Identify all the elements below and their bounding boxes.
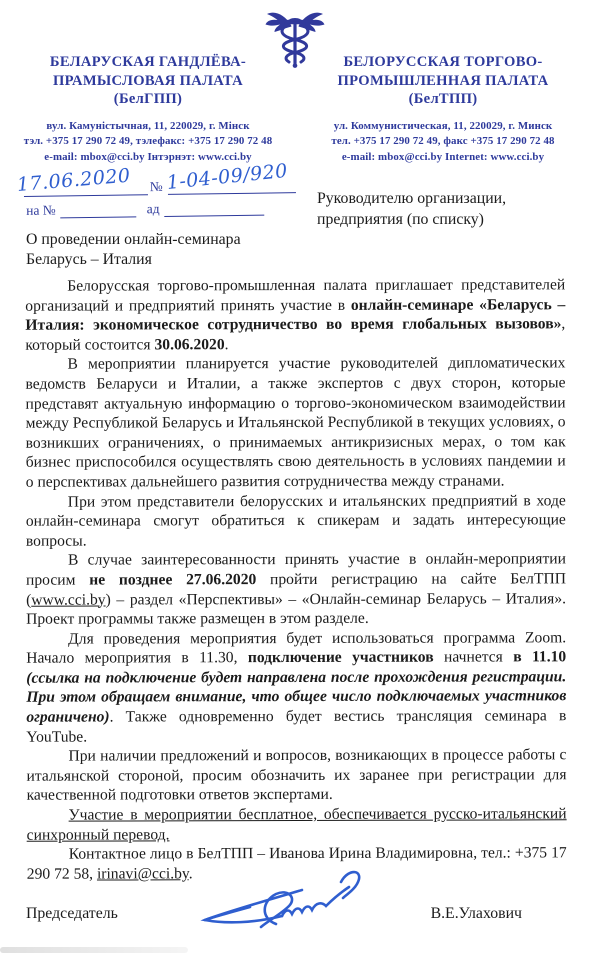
paragraph: Для проведения мероприятия будет использ…: [26, 628, 566, 747]
ad-line: [164, 197, 264, 217]
scanned-letter-page: БЕЛАРУСКАЯ ГАНДЛЁВА- ПРАМЫСЛОВАЯ ПАЛАТА …: [0, 0, 591, 955]
addressee: Руководителю организации, предприятия (п…: [317, 189, 506, 230]
text-run: не позднее 27.06.2020: [89, 571, 256, 588]
signer-name: В.Е.Улахович: [431, 905, 522, 923]
text-run: www.cci.by: [31, 591, 105, 608]
text-run: 30.06.2020: [154, 336, 224, 353]
letterhead: БЕЛАРУСКАЯ ГАНДЛЁВА- ПРАМЫСЛОВАЯ ПАЛАТА …: [12, 53, 579, 165]
text-run: Участие в мероприятии бесплатное, обеспе…: [27, 805, 567, 843]
org-phone: тэл. +375 17 290 72 49, тэлефакс: +375 1…: [12, 134, 284, 149]
date-line: 17.06.2020: [24, 176, 148, 197]
org-address: вул. Камуністычная, 11, 220029, г. Мінск: [12, 119, 284, 134]
org-name-line: ПРАМЫСЛОВАЯ ПАЛАТА: [12, 72, 284, 91]
subject: О проведении онлайн-семинара Беларусь – …: [26, 230, 241, 270]
addressee-line: Руководителю организации,: [317, 189, 506, 210]
reference-row-date: 17.06.2020 № 1-04-09/920: [24, 174, 302, 197]
ad-label: ад: [137, 201, 165, 217]
org-name-belarusian: БЕЛАРУСКАЯ ГАНДЛЁВА- ПРАМЫСЛОВАЯ ПАЛАТА …: [12, 53, 284, 109]
handwritten-date: 17.06.2020: [16, 165, 131, 196]
org-name-line: (БелТПП): [307, 90, 579, 109]
org-name-line: ПРОМЫШЛЕННАЯ ПАЛАТА: [307, 72, 579, 91]
paragraph: При этом представители белорусских и ита…: [26, 491, 566, 551]
text-run: irinavi@cci.by: [97, 865, 189, 882]
text-run: В мероприятии планируется участие руково…: [25, 355, 565, 491]
text-run: .: [225, 336, 229, 353]
paragraph: Участие в мероприятии бесплатное, обеспе…: [27, 804, 567, 845]
org-address: ул. Коммунистическая, 11, 220029, г. Мин…: [307, 119, 579, 134]
na-number-label: на №: [24, 202, 61, 219]
org-contact-belarusian: вул. Камуністычная, 11, 220029, г. Мінск…: [12, 119, 284, 165]
addressee-line: предприятия (по списку): [317, 210, 506, 231]
org-name-line: (БелГПП): [12, 90, 284, 109]
org-block-belarusian: БЕЛАРУСКАЯ ГАНДЛЁВА- ПРАМЫСЛОВАЯ ПАЛАТА …: [12, 53, 284, 165]
paragraph: В случае заинтересованности принять учас…: [26, 550, 566, 630]
org-name-line: БЕЛОРУССКАЯ ТОРГОВО-: [307, 53, 579, 72]
text-run: При наличии предложений и вопросов, возн…: [26, 747, 566, 805]
na-number-line: [61, 198, 137, 218]
reference-block: 17.06.2020 № 1-04-09/920 на № ад: [24, 174, 303, 219]
scan-shadow-artifact: [0, 947, 188, 953]
paragraph: В мероприятии планируется участие руково…: [25, 354, 565, 493]
org-contact-russian: ул. Коммунистическая, 11, 220029, г. Мин…: [307, 119, 579, 165]
org-email: e-mail: mbox@cci.by Internet: www.cci.by: [307, 150, 579, 165]
signature-autograph-icon: [198, 860, 403, 945]
body-paragraphs: Белорусская торгово-промышленная палата …: [25, 275, 567, 884]
text-run: в 11.10: [513, 649, 566, 666]
text-run: начнется: [434, 649, 514, 666]
text-run: подключение участников: [248, 649, 434, 666]
text-run: .: [189, 865, 193, 882]
number-sign-label: №: [148, 179, 168, 195]
text-run: При этом представители белорусских и ита…: [26, 492, 566, 550]
subject-line: О проведении онлайн-семинара: [26, 230, 241, 250]
reference-row-reply: на № ад: [24, 196, 302, 219]
number-line: 1-04-09/920: [168, 174, 296, 195]
org-block-russian: БЕЛОРУССКАЯ ТОРГОВО- ПРОМЫШЛЕННАЯ ПАЛАТА…: [307, 53, 579, 165]
signer-position: Председатель: [26, 905, 118, 923]
handwritten-number: 1-04-09/920: [166, 160, 289, 194]
org-name-russian: БЕЛОРУССКАЯ ТОРГОВО- ПРОМЫШЛЕННАЯ ПАЛАТА…: [307, 53, 579, 109]
org-name-line: БЕЛАРУСКАЯ ГАНДЛЁВА-: [12, 53, 284, 72]
org-email: e-mail: mbox@cci.by Інтэрнэт: www.cci.by: [12, 150, 284, 165]
paragraph: При наличии предложений и вопросов, возн…: [26, 746, 566, 806]
subject-line: Беларусь – Италия: [26, 250, 241, 270]
text-run: ) – раздел «Перспективы» – «Онлайн-семин…: [26, 590, 566, 628]
org-phone: тел. +375 17 290 72 49, факс +375 17 290…: [307, 134, 579, 149]
paragraph: Белорусская торгово-промышленная палата …: [25, 275, 565, 355]
